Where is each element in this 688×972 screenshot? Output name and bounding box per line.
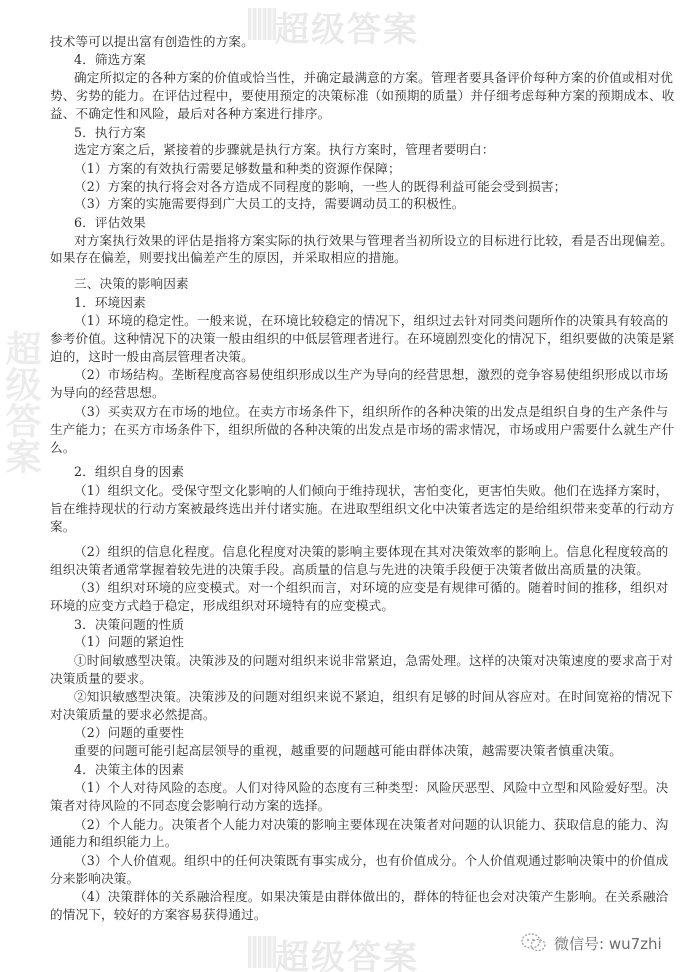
text-line: （1）环境的稳定性。一般来说，在环境比较稳定的情况下，组织过去针对同类问题所作的… [74,312,668,330]
text-line: 案。 [50,518,76,536]
text-line: 如果存在偏差，则要找出偏差产生的原因，并采取相应的措施。 [50,249,407,267]
text-line: ①时间敏感型决策。决策涉及的问题对组织来说非常紧迫，急需处理。这样的决策对决策速… [74,652,673,670]
text-line: 3．决策问题的性质 [74,616,184,634]
text-line: （3）组织对环境的应变模式。对一个组织而言，对环境的应变是有规律可循的。随着时间… [74,579,668,597]
text-line: 重要的问题可能引起高层领导的重视，越重要的问题越可能由群体决策，越需要决策者慎重… [74,742,622,760]
wechat-footer: 微信号: wu7zhi [520,932,662,954]
text-line: （2）个人能力。决策者个人能力对决策的影响主要体现在决策者对问题的认识能力、获取… [74,816,668,834]
text-line: 技术等可以提出富有创造性的方案。 [50,33,254,51]
text-line: 2．组织自身的因素 [74,463,184,481]
text-line: 确定所拟定的各种方案的价值或恰当性，并确定最满意的方案。管理者要具备评价每种方案… [74,69,673,87]
text-line: 决策质量的要求。 [50,670,152,688]
text-line: （1）问题的紧迫性 [74,633,184,651]
wechat-icon [520,932,548,954]
text-line: 势、劣势的能力。在评估过程中，要使用预定的决策标准（如预期的质量）并仔细考虑每种… [50,87,674,105]
text-line: 策者对待风险的不同态度会影响行动方案的选择。 [50,797,330,815]
text-line: （3）个人价值观。组织中的任何决策既有事实成分，也有价值成分。个人价值观通过影响… [74,852,668,870]
text-line: （4）决策群体的关系融洽程度。如果决策是由群体做出的，群体的特征也会对决策产生影… [74,888,668,906]
text-line: 4．筛选方案 [74,51,146,69]
text-line: 5．执行方案 [74,124,146,142]
text-line: （2）市场结构。垄断程度高容易使组织形成以生产为导向的经营思想，激烈的竞争容易使… [74,366,668,384]
text-line: （2）问题的重要性 [74,724,184,742]
text-line: （1）组织文化。受保守型文化影响的人们倾向于维持现状，害怕变化，更害怕失败。他们… [74,482,668,500]
text-line: 6．评估效果 [74,214,146,232]
text-line: （3）买卖双方在市场的地位。在卖方市场条件下，组织所作的各种决策的出发点是组织自… [74,403,668,421]
text-line: 三、决策的影响因素 [74,275,189,293]
watermark-side: 超级答案 [2,330,42,474]
text-line: ②知识敏感型决策。决策涉及的问题对组织来说不紧迫，组织有足够的时间从容应对。在时… [74,688,673,706]
text-line: 参考价值。这种情况下的决策一般由组织的中低层管理者进行。在环境剧烈变化的情况下，… [50,330,674,348]
text-line: 为导向的经营思想。 [50,384,165,402]
text-line: （1）方案的有效执行需要足够数量和种类的资源作保障； [74,160,401,178]
text-line: （2）组织的信息化程度。信息化程度对决策的影响主要体现在其对决策效率的影响上。信… [74,543,668,561]
text-line: 通能力和组织能力上。 [50,833,177,851]
text-line: 迫的，这时一般由高层管理者决策。 [50,348,254,366]
text-line: （2）方案的执行将会对各方造成不同程度的影响，一些人的既得利益可能会受到损害； [74,178,566,196]
text-line: 对方案执行效果的评估是指将方案实际的执行效果与管理者当初所设立的目标进行比较，看… [74,232,673,250]
document-page: 超级答案 超级答案 技术等可以提出富有创造性的方案。4．筛选方案确定所拟定的各种… [0,0,688,972]
text-line: 环境的应变方式趋于稳定，形成组织对环境特有的应变模式。 [50,597,394,615]
text-line: 么。 [50,439,76,457]
text-line: 1．环境因素 [74,294,146,312]
watermark-bottom: 超级答案 [275,930,419,972]
text-line: 生产能力；在买方市场条件下，组织所做的各种决策的出发点是市场的需求情况，市场或用… [50,421,674,439]
watermark-qr-bottom [248,936,276,968]
text-line: 组织决策者通常掌握着较先进的决策手段。高质量的信息与先进的决策手段便于决策者做出… [50,561,649,579]
text-line: 选定方案之后，紧接着的步骤就是执行方案。执行方案时，管理者要明白： [74,141,495,159]
text-line: 益、不确定性和风险，最后对各种方案进行排序。 [50,105,330,123]
watermark-top: 超级答案 [275,2,419,51]
text-line: 对决策质量的要求必然提高。 [50,706,216,724]
text-line: 分来影响决策。 [50,870,139,888]
text-line: 的情况下，较好的方案容易获得通过。 [50,906,267,924]
text-line: 旨在维持现状的行动方案被最终选出并付诸实施。在进取型组织文化中决策者选定的是给组… [50,500,674,518]
text-line: 4．决策主体的因素 [74,761,184,779]
text-line: （3）方案的实施需要得到广大员工的支持，需要调动员工的积极性。 [74,195,464,213]
wechat-id: 微信号: wu7zhi [554,933,662,954]
text-line: （1）个人对待风险的态度。人们对待风险的态度有三种类型：风险厌恶型、风险中立型和… [74,779,668,797]
